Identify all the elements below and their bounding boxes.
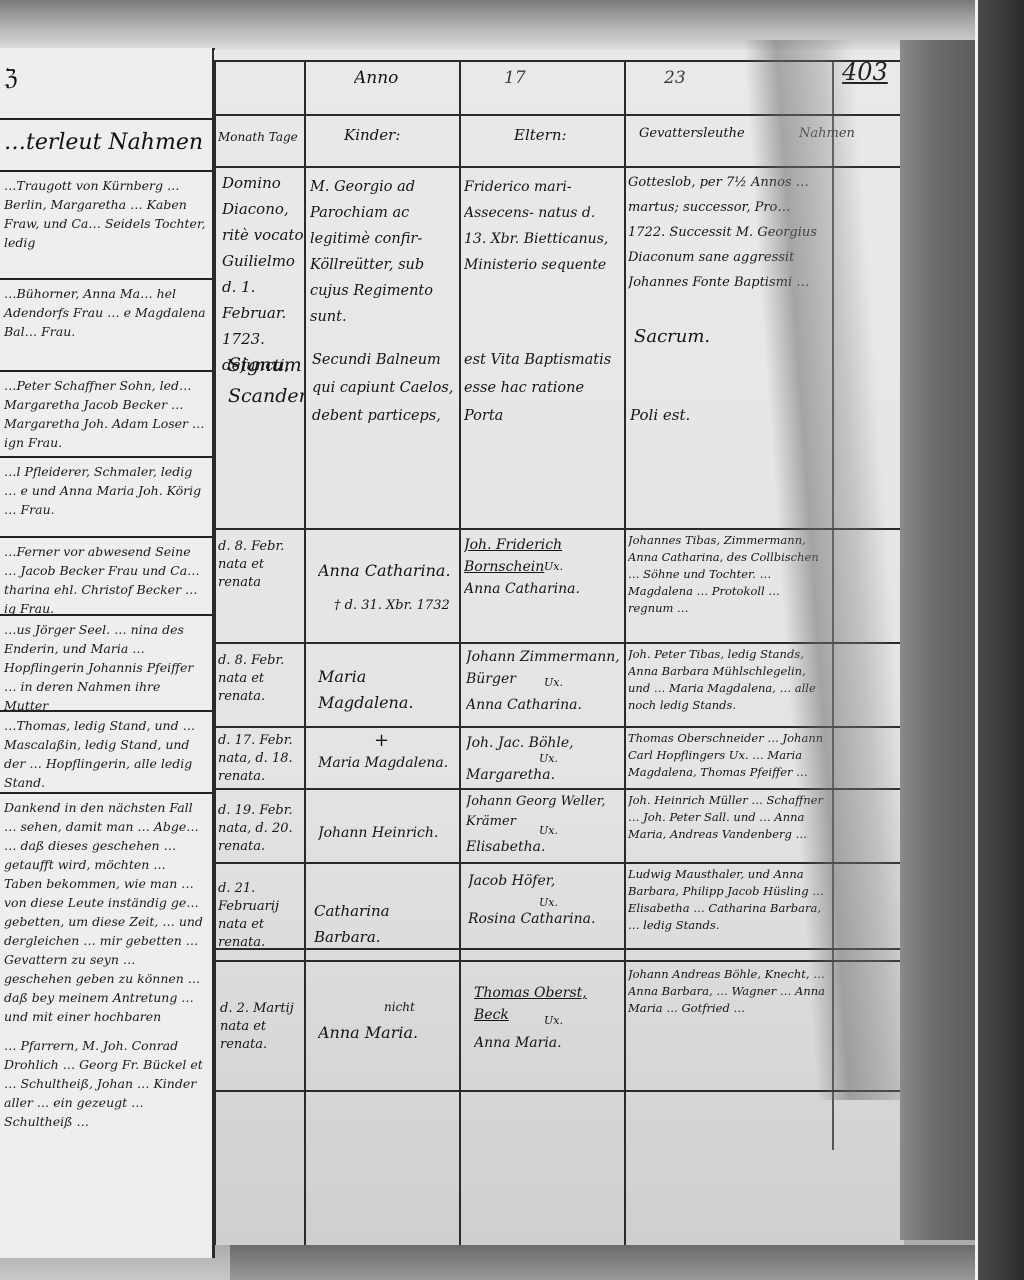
left-page-entry: …Traugott von Kürnberg … Berlin, Margare… <box>0 170 212 278</box>
entry-child-name: Maria Magdalena. <box>318 664 458 716</box>
left-page-column-header: …terleut Nahmen <box>0 118 212 168</box>
left-page-entry: …Peter Schaffner Sohn, led… Margaretha J… <box>0 370 212 456</box>
entry-father: Jacob Höfer, <box>468 870 622 892</box>
entry-mother: Rosina Catharina. <box>468 908 622 930</box>
page-gutter-shadow <box>900 40 978 1240</box>
left-page-entry: …us Jörger Seel. … nina des Enderin, und… <box>0 614 212 710</box>
notice-sign-children: Secundi Balneum qui capiunt Caelos, debe… <box>312 346 458 430</box>
entry-child-name: Anna Maria. <box>318 1020 458 1046</box>
entry-mother: Anna Catharina. <box>466 694 622 716</box>
entry-date: d. 2. Martij nata et renata. <box>220 1000 304 1054</box>
entry-date: d. 8. Febr. nata et renata. <box>218 652 302 706</box>
entry-child-note: nicht <box>384 1000 444 1014</box>
entry-child-death-note: † d. 31. Xbr. 1732 <box>334 598 458 613</box>
column-header-parents: Eltern: <box>514 126 614 144</box>
entry-date: d. 8. Febr. nata et renata <box>218 538 302 592</box>
scanner-edge <box>975 0 1024 1280</box>
entry-date: d. 21. Februarij nata et renata. <box>218 880 302 952</box>
scan-bottom-shadow <box>230 1245 980 1280</box>
entry-mother: Anna Catharina. <box>464 578 622 600</box>
entry-father: Joh. Friderich Bornschein <box>464 534 622 578</box>
notice-sign-parents: est Vita Baptismatis esse hac ratione Po… <box>464 346 622 430</box>
left-page-entry: … Pfarrern, M. Joh. Conrad Drohlich … Ge… <box>0 1032 212 1258</box>
notice-parents-text: Friderico mari- Assecens- natus d. 13. X… <box>464 174 622 278</box>
entry-child-name: Anna Catharina. <box>318 558 458 584</box>
entry-mother-label: Ux. <box>544 556 584 578</box>
entry-date: d. 19. Febr. nata, d. 20. renata. <box>218 802 302 856</box>
left-page-corner-mark: ℨ <box>4 66 18 91</box>
entry-mother: Margaretha. <box>466 764 622 786</box>
column-header-date: Monath Tage <box>218 130 304 144</box>
entry-mother-label: Ux. <box>544 1010 584 1032</box>
year-header-century: 17 <box>504 68 564 88</box>
notice-children-text: M. Georgio ad Parochiam ac legitimè conf… <box>310 174 458 330</box>
year-header-year: 23 <box>664 68 724 88</box>
entry-mother: Anna Maria. <box>474 1032 622 1054</box>
entry-sponsors: Johann Andreas Böhle, Knecht, … Anna Bar… <box>628 966 828 1088</box>
notice-sign-text: Signum Scandere <box>228 350 304 412</box>
left-page-entry: …l Pfleiderer, Schmaler, ledig … e und A… <box>0 456 212 536</box>
entry-child-name: Catharina Barbara. <box>314 898 458 950</box>
left-page-entry: …Bühorner, Anna Ma… hel Adendorfs Frau …… <box>0 278 212 370</box>
entry-mother-label: Ux. <box>544 672 584 694</box>
column-header-children: Kinder: <box>344 126 454 144</box>
left-page-entry: Dankend in den nächsten Fall … sehen, da… <box>0 792 212 1032</box>
scanned-register-page: ℨ …terleut Nahmen …Traugott von Kürnberg… <box>0 0 1024 1280</box>
left-facing-page: ℨ …terleut Nahmen …Traugott von Kürnberg… <box>0 48 215 1258</box>
left-page-entry: …Thomas, ledig Stand, und … Mascalaßin, … <box>0 710 212 792</box>
left-page-entry: …Ferner vor abwesend Seine … Jacob Becke… <box>0 536 212 614</box>
entry-child-name: Johann Heinrich. <box>318 820 458 846</box>
entry-sponsors: Ludwig Mausthaler, und Anna Barbara, Phi… <box>628 866 828 948</box>
notice-date-text: Domino Diacono, ritè vocato Guilielmo d.… <box>222 170 306 378</box>
notice-sign-sponsors-2: Poli est. <box>630 406 790 424</box>
entry-mother: Elisabetha. <box>466 836 622 858</box>
entry-date: d. 17. Febr. nata, d. 18. renata. <box>218 732 302 786</box>
entry-child-deceased-mark: + <box>374 730 404 751</box>
year-header-anno: Anno <box>354 68 454 88</box>
entry-child-name: Maria Magdalena. <box>318 750 458 776</box>
